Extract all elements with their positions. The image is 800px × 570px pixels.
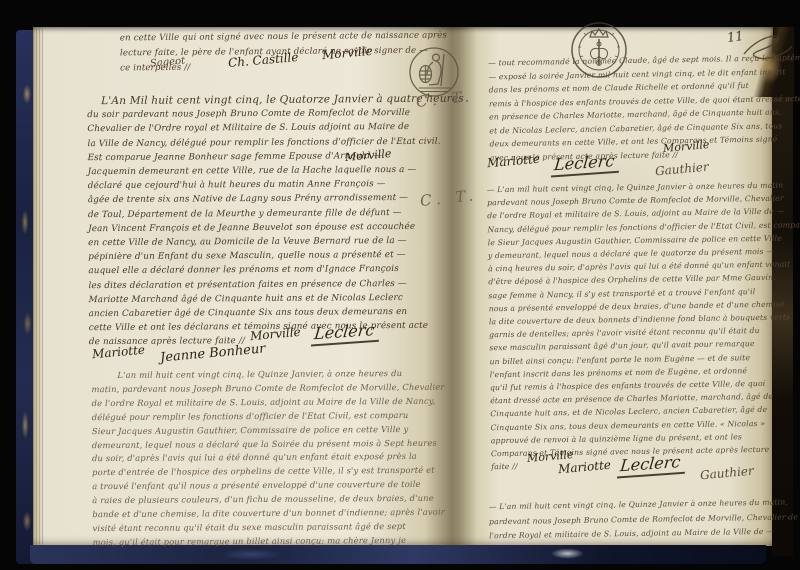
page-edge-stack: [33, 29, 45, 544]
next-act-start: — L'an mil huit cent vingt cinq, le Quin…: [489, 496, 774, 544]
exposed-child-act-start: L'an mil huit cent vingt cinq, le Quinze…: [91, 367, 426, 550]
birth-act-ignace-francois: L'An Mil huit cent vingt cinq, le Quator…: [87, 92, 425, 350]
foundling-act-eugene: — L'an mil huit cent vingt cinq, le Quin…: [487, 179, 776, 474]
manuscript-line: mois, qu'il était pour remarque un bille…: [93, 534, 427, 550]
exposed-child-act-end: — tout recommandé la nommée Claude, âgé …: [488, 52, 774, 165]
scanned-register-photo: en cette Ville qui ont signé avec nous l…: [0, 0, 800, 570]
